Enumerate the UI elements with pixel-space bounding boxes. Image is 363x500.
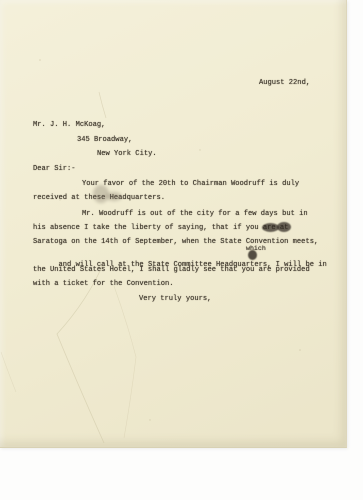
recipient-city: New York City. — [97, 150, 157, 159]
letter-paper: August 22nd, Mr. J. H. McKoag, 345 Broad… — [0, 0, 347, 448]
body-line-p2l2: his absence I take the liberty of saying… — [33, 224, 288, 233]
recipient-name: Mr. J. H. McKoag, — [33, 121, 105, 130]
scan-background: August 22nd, Mr. J. H. McKoag, 345 Broad… — [0, 0, 363, 500]
body-line-p2l6: with a ticket for the Convention. — [33, 280, 173, 289]
salutation: Dear Sir:- — [33, 165, 76, 174]
closing-line: Very truly yours, — [139, 295, 211, 304]
body-line-p1l2: received at these Headquarters. — [33, 194, 165, 203]
body-line-p2l3: Saratoga on the 14th of September, when … — [33, 238, 318, 247]
body-line-p2l1: Mr. Woodruff is out of the city for a fe… — [82, 210, 308, 219]
recipient-street: 345 Broadway, — [77, 136, 132, 145]
letter-date: August 22nd, — [259, 79, 310, 88]
body-line-p1l1: Your favor of the 20th to Chairman Woodr… — [82, 180, 299, 189]
body-line-p2l5: the United States Hotel, I shall gladly … — [33, 266, 310, 275]
